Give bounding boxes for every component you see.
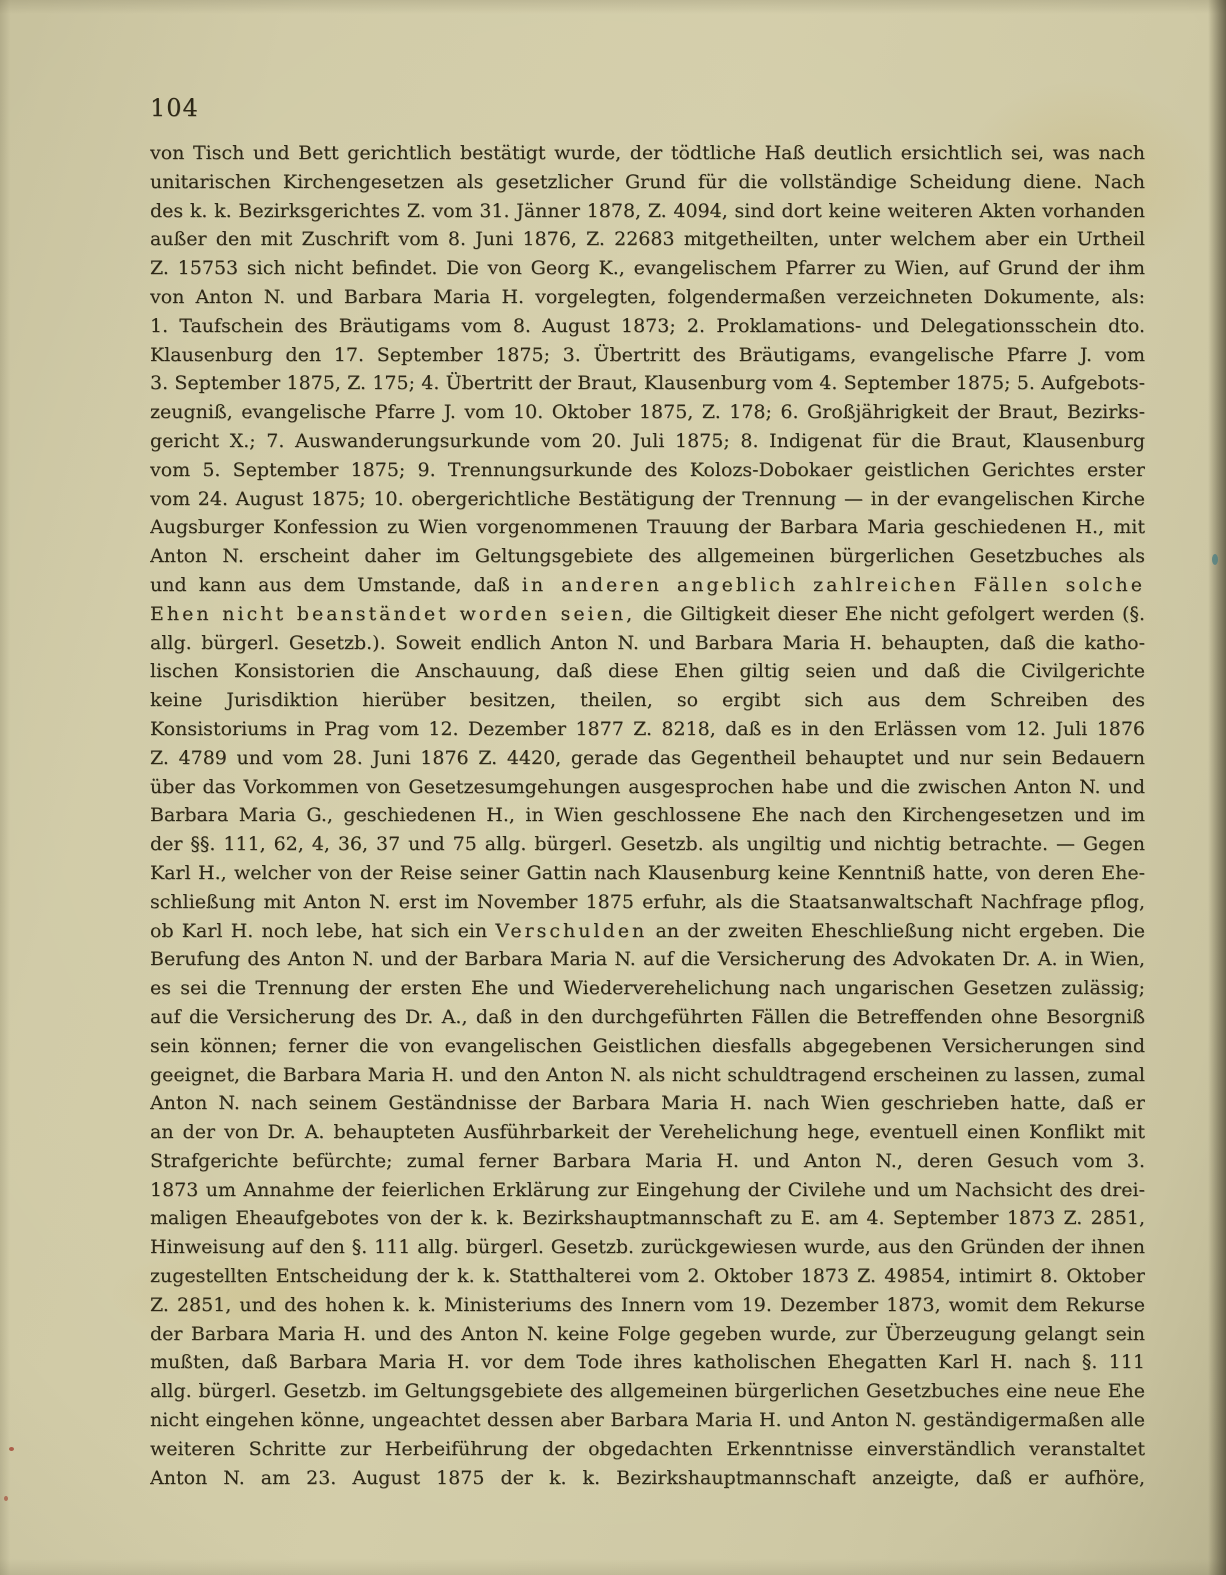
ink-speck: [1212, 554, 1218, 565]
text-line: mußten, daß Barbara Maria H. vor dem Tod…: [150, 1348, 1145, 1377]
text-line: geeignet, die Barbara Maria H. und den A…: [150, 1061, 1145, 1090]
page-left-edge-shadow: [0, 0, 10, 1575]
page-right-edge-shadow: [1208, 0, 1226, 1575]
text-line: von Anton N. und Barbara Maria H. vorgel…: [150, 283, 1145, 312]
text-line: allg. bürgerl. Gesetzb. im Geltungsgebie…: [150, 1377, 1145, 1406]
page-number: 104: [150, 94, 199, 122]
text-line: gericht X.; 7. Auswanderungsurkunde vom …: [150, 427, 1145, 456]
text-line: allg. bürgerl. Gesetzb.). Soweit endlich…: [150, 629, 1145, 658]
text-line: über das Vorkommen von Gesetzesumgehunge…: [150, 773, 1145, 802]
text-line: Anton N. am 23. August 1875 der k. k. Be…: [150, 1464, 1145, 1493]
text-line: zugestellten Entscheidung der k. k. Stat…: [150, 1262, 1145, 1291]
ink-speck: [4, 1496, 8, 1501]
text-line: Strafgerichte befürchte; zumal ferner Ba…: [150, 1147, 1145, 1176]
text-line: keine Jurisdiktion hierüber besitzen, th…: [150, 686, 1145, 715]
text-line: 1. Taufschein des Bräutigams vom 8. Augu…: [150, 312, 1145, 341]
text-line: Z. 4789 und vom 28. Juni 1876 Z. 4420, g…: [150, 744, 1145, 773]
text-line: es sei die Trennung der ersten Ehe und W…: [150, 974, 1145, 1003]
text-line: Anton N. nach seinem Geständnisse der Ba…: [150, 1089, 1145, 1118]
text-line: Konsistoriums in Prag vom 12. Dezember 1…: [150, 715, 1145, 744]
text-line: Berufung des Anton N. und der Barbara Ma…: [150, 945, 1145, 974]
text-line: auf die Versicherung des Dr. A., daß in …: [150, 1003, 1145, 1032]
text-line: der Barbara Maria H. und des Anton N. ke…: [150, 1320, 1145, 1349]
text-line: an der von Dr. A. behaupteten Ausführbar…: [150, 1118, 1145, 1147]
text-line: Z. 15753 sich nicht befindet. Die von Ge…: [150, 254, 1145, 283]
text-line: 3. September 1875, Z. 175; 4. Übertritt …: [150, 369, 1145, 398]
text-line: unitarischen Kirchengesetzen als gesetzl…: [150, 168, 1145, 197]
text-line: und kann aus dem Umstande, daß in andere…: [150, 571, 1145, 600]
text-line: sein können; ferner die von evangelische…: [150, 1032, 1145, 1061]
text-line: der §§. 111, 62, 4, 36, 37 und 75 allg. …: [150, 830, 1145, 859]
text-line: Karl H., welcher von der Reise seiner Ga…: [150, 859, 1145, 888]
text-line: von Tisch und Bett gerichtlich bestätigt…: [150, 139, 1145, 168]
text-line: lischen Konsistorien die Anschauung, daß…: [150, 657, 1145, 686]
text-line: Hinweisung auf den §. 111 allg. bürgerl.…: [150, 1233, 1145, 1262]
text-line: ob Karl H. noch lebe, hat sich ein Versc…: [150, 917, 1145, 946]
text-line: des k. k. Bezirksgerichtes Z. vom 31. Jä…: [150, 197, 1145, 226]
text-line: vom 24. August 1875; 10. obergerichtlich…: [150, 485, 1145, 514]
text-line: Anton N. erscheint daher im Geltungsgebi…: [150, 542, 1145, 571]
text-line: Barbara Maria G., geschiedenen H., in Wi…: [150, 801, 1145, 830]
text-line: 1873 um Annahme der feierlichen Erklärun…: [150, 1176, 1145, 1205]
text-line: weiteren Schritte zur Herbeiführung der …: [150, 1435, 1145, 1464]
text-line: schließung mit Anton N. erst im November…: [150, 888, 1145, 917]
text-line: Augsburger Konfession zu Wien vorgenomme…: [150, 513, 1145, 542]
text-line: zeugniß, evangelische Pfarre J. vom 10. …: [150, 398, 1145, 427]
text-line: Klausenburg den 17. September 1875; 3. Ü…: [150, 341, 1145, 370]
text-line: außer den mit Zuschrift vom 8. Juni 1876…: [150, 225, 1145, 254]
text-line: maligen Eheaufgebotes von der k. k. Bezi…: [150, 1204, 1145, 1233]
text-line: vom 5. September 1875; 9. Trennungsurkun…: [150, 456, 1145, 485]
text-line: nicht eingehen könne, ungeachtet dessen …: [150, 1406, 1145, 1435]
text-line: Ehen nicht beanständet worden seien, die…: [150, 600, 1145, 629]
text-block: von Tisch und Bett gerichtlich bestätigt…: [150, 139, 1145, 1492]
text-line: Z. 2851, und des hohen k. k. Ministerium…: [150, 1291, 1145, 1320]
ink-speck: [9, 1447, 14, 1451]
